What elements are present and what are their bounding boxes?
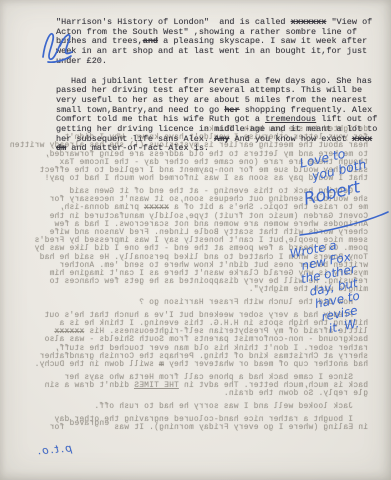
ink-scribble-icon (38, 26, 82, 66)
typed-line-block: "Harrison's History of London" and is ca… (56, 18, 376, 67)
typed-line: under £20. (56, 57, 376, 67)
bleed-line: sherry at Christmas kind of thing. Perha… (14, 353, 368, 361)
bleed-line-block: I bought a rather nice hand-coloured eng… (14, 416, 368, 432)
bleed-line: rather sober. I don't think his old man … (14, 345, 368, 353)
typed-letter-body: "Harrison's History of London" and is ca… (56, 18, 376, 154)
bleed-line: Jack looked well and I was sorry he had … (14, 403, 368, 411)
handwritten-note: Wrote anew Foxthe otherday, buthave tore… (289, 230, 391, 341)
pto-handwritten-note: p.t.o. (36, 444, 73, 455)
typed-letter: "Harrison's History of London" and is ca… (56, 18, 376, 164)
bleed-line-block: Since I came back had a phone call from … (14, 374, 368, 399)
letter-page: delighted to see you both. Thanksfor you… (0, 0, 391, 480)
bleed-line: I bought a rather nice hand-coloured eng… (14, 416, 368, 424)
bleed-line: back is much,much better. The advt in TH… (14, 382, 368, 390)
bleed-line-block: Jack looked well and I was sorry he had … (14, 403, 368, 411)
bleed-line: gle reply. So down the drain. (14, 390, 368, 398)
bleed-line: had another cup of mead or whatever they… (14, 361, 368, 369)
bleed-line: in Ealing (where I go every Friday morni… (14, 424, 368, 432)
typed-line-block: Had a jubilant letter from Arethusa a fe… (56, 77, 376, 155)
bleed-line: Since I came back had a phone call from … (14, 374, 368, 382)
